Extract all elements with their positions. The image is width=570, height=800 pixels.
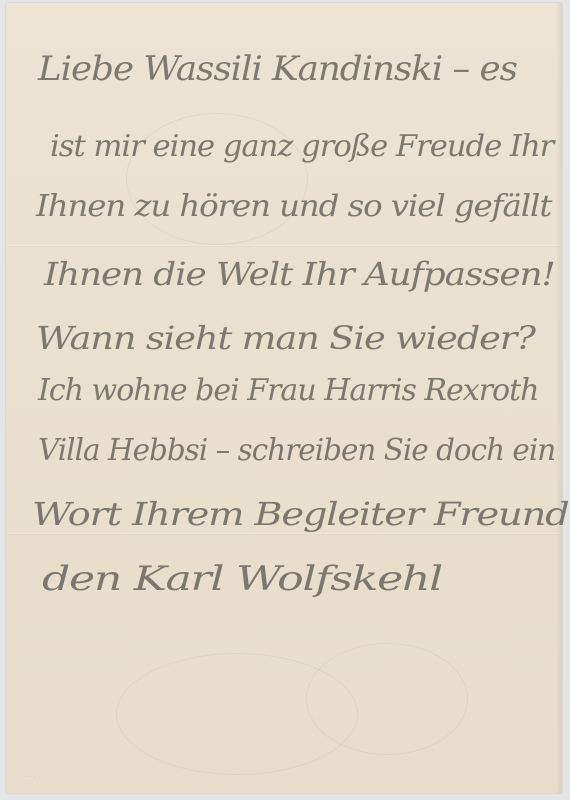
letter-sheet: Liebe Wassili Kandinski – es ist mir ein… (6, 3, 562, 793)
handwritten-line-3: Ihnen zu hören und so viel gefällt (36, 189, 551, 224)
handwritten-line-4: Ihnen die Welt Ihr Aufpassen! (44, 255, 555, 293)
archive-mark: · · · (26, 774, 36, 781)
fold-line-lower (6, 533, 562, 535)
handwritten-line-8: Wort Ihrem Begleiter Freund (32, 495, 568, 533)
fold-line-upper (6, 245, 562, 247)
handwritten-line-2: ist mir eine ganz große Freude Ihr (50, 129, 553, 164)
handwritten-line-1: Liebe Wassili Kandinski – es (38, 49, 517, 89)
paper-edge (556, 3, 562, 793)
handwritten-line-5: Wann sieht man Sie wieder? (36, 319, 535, 357)
faint-sketch-mark (306, 643, 468, 755)
signature-line: den Karl Wolfskehl (42, 559, 442, 599)
handwritten-line-6: Ich wohne bei Frau Harris Rexroth (38, 373, 538, 408)
handwritten-line-7: Villa Hebbsi – schreiben Sie doch ein (38, 433, 555, 468)
